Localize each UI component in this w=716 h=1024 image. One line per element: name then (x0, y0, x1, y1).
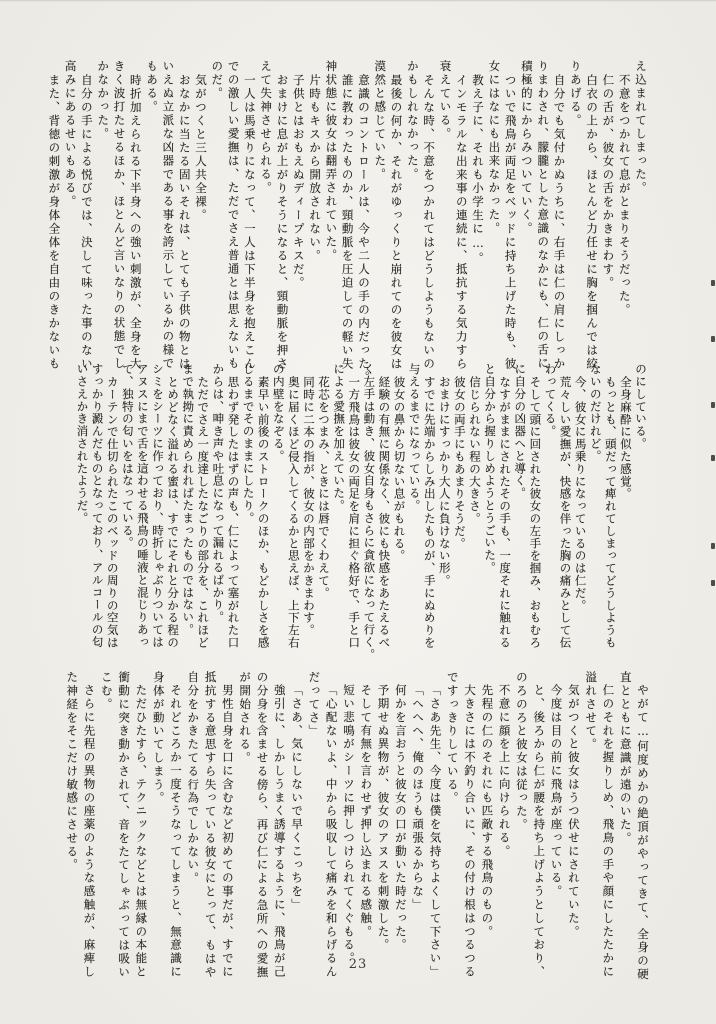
scan-artifact (711, 402, 715, 408)
text-line: 男性自身を口に含むなど初めての事だが、すでに (221, 671, 233, 996)
text-line: え込まれてしまった。 (635, 60, 647, 386)
text-line: アヌスにまで舌を這わせる飛鳥の唾液と混じりあっ (136, 363, 148, 663)
text-line: りあげる。 (569, 60, 581, 386)
text-line: きく波打たせるほか、ほとんど言いなりの状態でし (113, 60, 125, 386)
text-line: 漠然と感じていた。 (374, 60, 386, 386)
text-line: 直とともに意識が遠のいた。 (619, 671, 631, 983)
text-line: た神経をそこだけ敏感にさせる。 (66, 671, 78, 983)
text-line: のろのろと彼女は従った。 (515, 671, 527, 983)
text-line: それどころか一度そうなってしまうと、無意識に (169, 671, 181, 996)
text-line: 誰に教わったものか、頸動脈を圧迫しての軽い失 (341, 60, 353, 400)
text-line: 教え子に、それも小学生に…。 (472, 60, 484, 400)
text-line: すでに先端からしみ出したものが、手にぬめりを (423, 363, 435, 676)
text-line: 奥に届くほど侵入してくるかと思えば、上下左右 (287, 363, 299, 676)
text-line: 意識のコントロールは、今や二人の手の内だった。 (357, 60, 369, 400)
text-line: と自分から握りしめようとうごいた。 (484, 363, 496, 663)
text-line: のにしている。 (635, 363, 647, 663)
text-line: 素早い前後のストロークのほか、もどかしさを感 (257, 363, 269, 676)
text-line: 強引に、しかしうまく誘導するように、飛鳥が己 (273, 671, 285, 996)
text-line: 予期せぬ異物が、彼女のアヌスを刺激した。 (377, 671, 389, 996)
text-line: 信じられない程の大きさ。 (468, 363, 480, 676)
text-line: すっかり澱んだものとなっており、アルコールの匂 (91, 363, 103, 663)
text-line: いえぬ立派な凶器である事を誇示しているかの様で (162, 60, 174, 386)
text-line: 女にはなにも出来なかった。 (488, 60, 500, 386)
text-line: また、背徳の刺激が身体全体を自由のきかないも (48, 60, 60, 400)
text-line: と、後ろから仁が腰を持ち上げようとしており、 (533, 671, 545, 996)
text-line: 一方飛鳥は彼女の両足を肩に担ぐ格好で、手と口 (348, 363, 360, 676)
text-line: に自分の凶器へと導く。 (514, 363, 526, 663)
text-line: ないのだけれど。 (589, 363, 601, 663)
scan-edge-shadow (0, 0, 716, 2)
text-line: おなかに当たる固いそれは、とても子供の物とは (178, 60, 190, 400)
text-line: かなかった。 (97, 60, 109, 386)
text-line: そんな時、不意をつかれてはどうしようもないの (423, 60, 435, 400)
text-line: おまけにすっかり大人に負けない形。 (438, 363, 450, 676)
text-line: 彼女の鼻から切ない息がもれる。 (393, 363, 405, 676)
scan-artifact (711, 580, 715, 586)
text-line: 全身麻酔に似た感覚。 (619, 363, 631, 676)
scan-artifact (711, 336, 715, 342)
text-line: とめどなく溢れる蜜は、すでにそれと分かる程の (167, 363, 179, 676)
text-line: による愛撫を加えていた。 (333, 363, 345, 663)
text-line: 「へへへ、俺のほうも頑張るからな」 (412, 671, 424, 996)
text-line: 短い悲鳴がシーツに押しつけられてくぐもる。 (342, 671, 354, 996)
text-line: 気がつくと三人共全裸。 (194, 60, 206, 400)
scan-artifact (711, 280, 715, 286)
text-line: 花芯をつまみ、ときには唇でくわえて。 (318, 363, 330, 676)
text-line: ただひたすら、テクニックなどとは無縁の本能と (135, 671, 147, 996)
text-line: 気がつくと彼女はうつ伏せにされていた。 (567, 671, 579, 996)
text-line: 積極的にからみついていく。 (520, 60, 532, 386)
text-line: えて失神させられる。 (260, 60, 272, 386)
text-line: そして頭に回された彼女の左手を掴み、おもむろ (529, 363, 541, 676)
text-line: 白衣の上から、ほとんど力任せに胸を掴んでは絞 (586, 60, 598, 400)
text-line: ですっきりしている。 (446, 671, 458, 983)
text-line: のだ。 (211, 60, 223, 386)
text-line: 同時に二本の指が、彼女の内部をかきまわす。 (302, 363, 314, 676)
text-line: 片時もキスから開放されない。 (309, 60, 321, 400)
text-line: 子供とはおもえぬディープキスだ。 (292, 60, 304, 400)
text-line: 与えるまでになっている。 (408, 363, 420, 663)
text-line: 高みにあるせいもある。 (64, 60, 76, 386)
text-line: もある。 (146, 60, 158, 386)
text-line: 経験の有無に関係なく、彼にも快感をあたえるべ (378, 363, 390, 676)
text-line: 不意に顔を上に向けられる。 (498, 671, 510, 996)
text-line: 自分の手による悦びでは、決して味った事のない (80, 60, 92, 400)
text-line: 一人は馬乗りになって、一人は下半身を抱えこん (243, 60, 255, 400)
text-block-bottom: やがて…何度めかの絶頂がやってきて、全身の硬直とともに意識が遠のいた。仁のそれを… (60, 671, 648, 983)
text-line: の内壁をなぞる。 (272, 363, 284, 663)
text-line: カーテンで仕切られたこのベッドの周りの空気は (106, 363, 118, 676)
text-line: ついで飛鳥が両足をベッドに持ち上げた時も、彼 (504, 60, 516, 400)
text-line: やがて…何度めかの絶頂がやってきて、全身の硬 (637, 671, 649, 996)
text-line: 先程の仁のそれにも匹敵する飛鳥のもの。 (481, 671, 493, 996)
text-line: 「心配ないよ、中から吸収して痛みを和らげるん (325, 671, 337, 996)
text-line: インモラルな出来事の連続に、抵抗する気力すら (455, 60, 467, 400)
text-line: 神状態に彼女は翻弄されていた。 (325, 60, 337, 386)
text-line: そして有無を言わせず押し込まれる感触。 (360, 671, 372, 996)
text-line: が開始される。 (239, 671, 251, 983)
text-line: 今、彼女に馬乗りになっているのは仁だ。 (574, 363, 586, 676)
page-number: 23 (0, 957, 716, 972)
text-line: わってくる。 (544, 363, 556, 663)
scanned-page: え込まれてしまった。不意をつかれて息がとまりそうだった。仁の舌が、彼女の舌をかき… (0, 0, 716, 1024)
text-line: く左手は動き、彼女自身もさらに貪欲になって行く。 (363, 363, 375, 663)
text-line: 衰えている。 (439, 60, 451, 386)
text-line: じるまでそのままにしたり。 (242, 363, 254, 663)
text-line: 「さあ先生、今度は僕を気持ちよくして下さい」 (429, 671, 441, 996)
text-line: なすがままにされたその手も、一度それに触れる (499, 363, 511, 676)
text-line: 思わず発したはずの声も、仁によって塞がれた口 (227, 363, 239, 676)
text-line: もっとも、頭だって痺れてしまってどうしようも (604, 363, 616, 676)
text-line: さらに先程の異物の座薬のような感触が、麻痺し (83, 671, 95, 996)
text-line: 仁のそれを握りしめ、飛鳥の手や顔にしたたかに (602, 671, 614, 996)
text-line: 何かを言おうと彼女の口が動いた時だった。 (394, 671, 406, 996)
text-line: 大きさには不釣り合いに、その付け根はつるつる (464, 671, 476, 996)
text-line: ただでさえ一度達したなごりの部分を、これほど (197, 363, 209, 676)
text-line: 最後の何か、それがゆっくりと崩れてのを彼女は (390, 60, 402, 400)
text-line: 彼女の両手にもあまりそうだ。 (453, 363, 465, 676)
text-line: て、独特の匂いをはなっている。 (121, 363, 133, 663)
text-line: 荒々しい愛撫が、快感を伴った胸の痛みとして伝 (559, 363, 571, 676)
text-line: かもしれなかった。 (406, 60, 418, 386)
text-line: シミをシーツに作っており、時折しゃぶりついては (152, 363, 164, 663)
text-line: 今度は目の前に飛鳥が座っている。 (550, 671, 562, 996)
text-line: 自分をかきたてる行為でしかない。 (187, 671, 199, 983)
text-line: だってさ」 (308, 671, 320, 983)
text-line: での激しい愛撫は、ただでさえ普通とは思えないも (227, 60, 239, 386)
text-line: 不意をつかれて息がとまりそうだった。 (618, 60, 630, 400)
text-line: こむ。 (100, 671, 112, 983)
text-line: 溢れさせて。 (585, 671, 597, 983)
text-line: りまわされ、朦朧とした意識のなかにも、仁の舌に (537, 60, 549, 386)
text-line: 自分でも気付かぬうちに、右手は仁の肩にしっか (553, 60, 565, 400)
text-line: 衝動に突き動かされて、音をたてしゃぶっては吸い (118, 671, 130, 983)
text-line: からは、呻き声や吐息になって漏れるばかり。 (212, 363, 224, 663)
text-line: 仁の舌が、彼女の舌をかきまわす。 (602, 60, 614, 400)
text-block-middle: のにしている。全身麻酔に似た感覚。もっとも、頭だって痺れてしまってどうしようもな… (72, 363, 646, 663)
text-line: 身体が動いてしまう。 (152, 671, 164, 983)
text-block-top: え込まれてしまった。不意をつかれて息がとまりそうだった。仁の舌が、彼女の舌をかき… (43, 60, 646, 386)
text-line: いさえかき消されたようだ。 (76, 363, 88, 663)
text-line: の分身を含ませる傍ら、再び仁による急所への愛撫 (256, 671, 268, 983)
scan-artifact (711, 543, 715, 549)
text-line: 「さあ、気にしないで早くこっちを」 (291, 671, 303, 996)
text-line: 時折加えられる下半身への強い刺激が、全身を大 (129, 60, 141, 400)
text-line: まで執拗に責められればたまったものではない。 (182, 363, 194, 663)
text-line: 抵抗する意思すら失っている彼女にとって、もはや (204, 671, 216, 983)
scan-artifact (711, 455, 715, 461)
text-line: おまけに息が上がりそうになると、頸動脈を押さ (276, 60, 288, 400)
